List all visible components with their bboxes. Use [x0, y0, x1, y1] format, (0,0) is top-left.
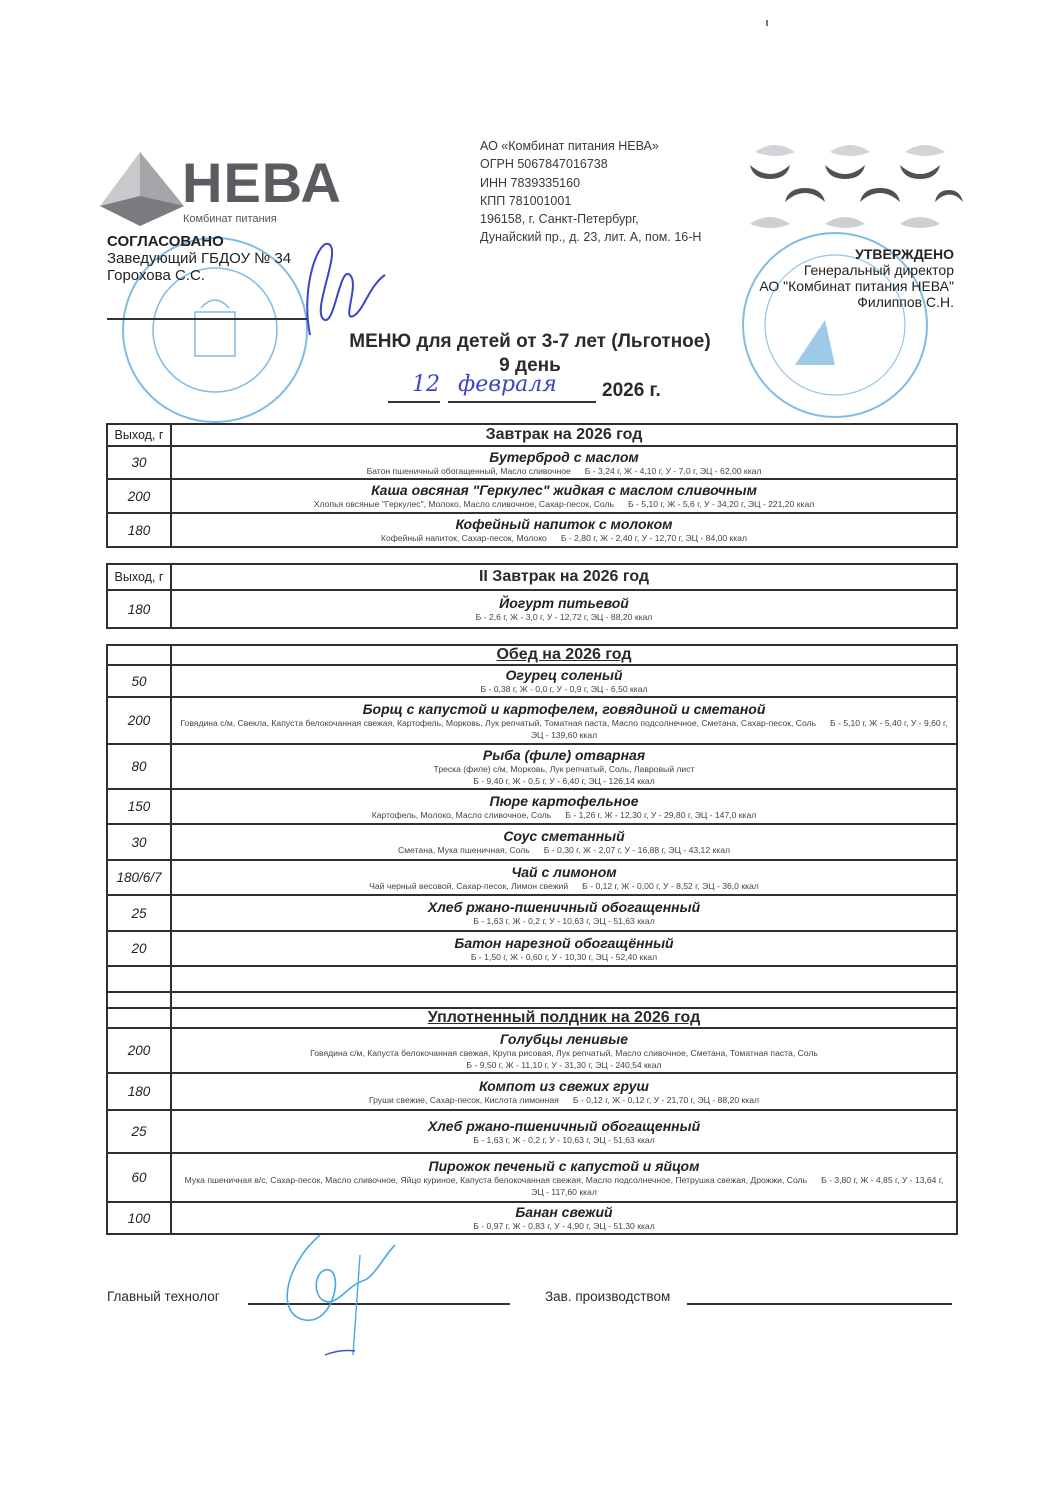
dish-nutrition: Б - 2,6 г, Ж - 3,0 г, У - 12,72 г, ЭЦ - … [476, 612, 653, 622]
document-title: МЕНЮ для детей от 3-7 лет (Льготное) 9 д… [300, 330, 760, 378]
dish-ingredients: Сметана, Мука пшеничная, Соль [398, 845, 530, 855]
table-row: 60 Пирожок печеный с капустой и яйцом Му… [107, 1153, 957, 1202]
dish-name: Кофейный напиток с молоком [172, 516, 956, 532]
dish-ingredients: Говядина с/м, Капуста белокочанная свежа… [178, 1047, 950, 1059]
dish-ingredients: Груши свежие, Сахар-песок, Кислота лимон… [369, 1095, 559, 1105]
dish-nutrition: Б - 9,50 г, Ж - 11,10 г, У - 31,30 г, ЭЦ… [178, 1059, 950, 1071]
yield-value: 20 [107, 931, 171, 966]
table-row: 180 Йогурт питьевой Б - 2,6 г, Ж - 3,0 г… [107, 590, 957, 628]
dish-nutrition: Б - 1,26 г, Ж - 12,30 г, У - 29,80 г, ЭЦ… [565, 810, 756, 820]
table-row: 180 Компот из свежих груш Груши свежие, … [107, 1073, 957, 1110]
production-manager-signature-line [687, 1303, 952, 1305]
dish-name: Чай с лимоном [172, 864, 956, 880]
dish-name: Соус сметанный [172, 828, 956, 844]
yield-value: 60 [107, 1153, 171, 1202]
yield-value: 180 [107, 1073, 171, 1110]
lunch-table: Обед на 2026 год 50 Огурец соленый Б - 0… [106, 644, 958, 1235]
dish-nutrition: Б - 0,97 г, Ж - 0,83 г, У - 4,90 г, ЭЦ -… [473, 1221, 654, 1231]
approved-org: АО "Комбинат питания НЕВА" [759, 278, 954, 294]
dish-name: Борщ с капустой и картофелем, говядиной … [172, 701, 956, 717]
yield-value: 25 [107, 895, 171, 931]
dish-nutrition: Б - 5,10 г, Ж - 5,6 г, У - 34,20 г, ЭЦ -… [628, 499, 814, 509]
empty-row [107, 966, 957, 992]
agreed-block: СОГЛАСОВАНО Заведующий ГБДОУ № 34 Горохо… [107, 233, 291, 284]
agreed-name: Горохова С.С. [107, 267, 291, 284]
dish-nutrition: Б - 9,40 г, Ж - 0,5 г, У - 6,40 г, ЭЦ - … [178, 775, 950, 787]
agreed-position: Заведующий ГБДОУ № 34 [107, 250, 291, 267]
dish-name: Рыба (филе) отварная [172, 747, 956, 763]
table-row: 100 Банан свежий Б - 0,97 г, Ж - 0,83 г,… [107, 1202, 957, 1234]
dish-name: Банан свежий [172, 1204, 956, 1220]
section-title-text: Обед на 2026 год [496, 646, 631, 663]
dish-ingredients: Хлопья овсяные "Геркулес", Молоко, Масло… [314, 499, 614, 509]
dish-nutrition: Б - 1,50 г, Ж - 0,60 г, У - 10,30 г, ЭЦ … [471, 952, 657, 962]
yield-value: 150 [107, 789, 171, 824]
yield-header: Выход, г [107, 564, 171, 590]
dish-nutrition: Б - 1,63 г, Ж - 0,2 г, У - 10,63 г, ЭЦ -… [473, 916, 654, 926]
yield-value: 100 [107, 1202, 171, 1234]
logo-subtitle: Комбинат питания [183, 213, 277, 225]
date-month-underline [448, 401, 596, 403]
table-row: 50 Огурец соленый Б - 0,38 г, Ж - 0,0 г,… [107, 665, 957, 697]
dish-name: Каша овсяная "Геркулес" жидкая с маслом … [172, 482, 956, 498]
table-row: 80 Рыба (филе) отварная Треска (филе) с/… [107, 744, 957, 789]
dish-name: Йогурт питьевой [172, 595, 956, 611]
yield-value: 180 [107, 590, 171, 628]
second-breakfast-table: Выход, г II Завтрак на 2026 год 180 Йогу… [106, 563, 958, 629]
approved-title: УТВЕРЖДЕНО [759, 246, 954, 262]
section-title: II Завтрак на 2026 год [171, 564, 957, 590]
yield-value: 50 [107, 665, 171, 697]
dish-nutrition: Б - 2,80 г, Ж - 2,40 г, У - 12,70 г, ЭЦ … [561, 533, 747, 543]
table-row: 25 Хлеб ржано-пшеничный обогащенный Б - … [107, 1110, 957, 1153]
section-title-text: Уплотненный полдник на 2026 год [428, 1009, 701, 1026]
yield-header [107, 1008, 171, 1028]
yield-value: 180 [107, 513, 171, 547]
date-year: 2026 г. [602, 380, 661, 402]
company-inn: ИНН 7839335160 [480, 174, 701, 192]
section-title: Завтрак на 2026 год [171, 424, 957, 446]
table-row: 180 Кофейный напиток с молоком Кофейный … [107, 513, 957, 547]
dish-nutrition: Б - 0,12 г, Ж - 0,00 г, У - 8,52 г, ЭЦ -… [582, 881, 759, 891]
table-row: 200 Голубцы ленивые Говядина с/м, Капуст… [107, 1028, 957, 1073]
breakfast-table: Выход, г Завтрак на 2026 год 30 Бутербро… [106, 423, 958, 548]
technologist-signature-icon [265, 1225, 405, 1365]
neva-logo-pyramid-icon [100, 150, 184, 228]
date-day-underline [388, 401, 440, 403]
table-row: 200 Борщ с капустой и картофелем, говяди… [107, 697, 957, 744]
yield-value: 30 [107, 824, 171, 860]
section-title: Обед на 2026 год [171, 645, 957, 665]
dish-nutrition: Б - 1,63 г, Ж - 0,2 г, У - 10,63 г, ЭЦ -… [473, 1135, 654, 1145]
dish-name: Компот из свежих груш [172, 1078, 956, 1094]
logo-wordmark: НЕВА [182, 153, 342, 213]
agreed-title: СОГЛАСОВАНО [107, 233, 291, 250]
dish-nutrition: Б - 3,24 г, Ж - 4,10 г, У - 7,0 г, ЭЦ - … [585, 466, 762, 476]
dish-name: Бутерброд с маслом [172, 449, 956, 465]
company-address-1: 196158, г. Санкт-Петербург, [480, 210, 701, 228]
table-row: 25 Хлеб ржано-пшеничный обогащенный Б - … [107, 895, 957, 931]
chief-technologist-signature-line [248, 1303, 510, 1305]
yield-value: 200 [107, 479, 171, 513]
chief-technologist-label: Главный технолог [107, 1289, 220, 1304]
dish-ingredients: Треска (филе) с/м, Морковь, Лук репчатый… [178, 763, 950, 775]
company-name: АО «Комбинат питания НЕВА» [480, 137, 701, 155]
yield-header [107, 645, 171, 665]
dish-name: Хлеб ржано-пшеничный обогащенный [172, 1118, 956, 1134]
yield-header: Выход, г [107, 424, 171, 446]
date-month: февраля [458, 372, 557, 397]
dish-nutrition: Б - 0,38 г, Ж - 0,0 г, У - 0,9 г, ЭЦ - 6… [480, 684, 647, 694]
scan-speck [766, 20, 768, 26]
table-row: 20 Батон нарезной обогащённый Б - 1,50 г… [107, 931, 957, 966]
dish-nutrition: Б - 0,12 г, Ж - 0,12 г, У - 21,70 г, ЭЦ … [573, 1095, 759, 1105]
approved-block: УТВЕРЖДЕНО Генеральный директор АО "Комб… [759, 246, 954, 310]
dish-ingredients: Говядина с/м, Свекла, Капуста белокочанн… [180, 718, 816, 728]
company-ogrn: ОГРН 5067847016738 [480, 155, 701, 173]
waves-decoration-icon [745, 140, 965, 240]
dish-name: Голубцы ленивые [172, 1031, 956, 1047]
dish-name: Хлеб ржано-пшеничный обогащенный [172, 899, 956, 915]
table-row: 150 Пюре картофельное Картофель, Молоко,… [107, 789, 957, 824]
table-row: 30 Соус сметанный Сметана, Мука пшенична… [107, 824, 957, 860]
dish-name: Пирожок печеный с капустой и яйцом [172, 1158, 956, 1174]
yield-value: 200 [107, 1028, 171, 1073]
dish-name: Пюре картофельное [172, 793, 956, 809]
dish-name: Батон нарезной обогащённый [172, 935, 956, 951]
date-day: 12 [412, 372, 440, 397]
table-row: 180/6/7 Чай с лимоном Чай черный весовой… [107, 860, 957, 895]
table-row: 200 Каша овсяная "Геркулес" жидкая с мас… [107, 479, 957, 513]
yield-value: 80 [107, 744, 171, 789]
production-manager-label: Зав. производством [545, 1289, 670, 1304]
company-details: АО «Комбинат питания НЕВА» ОГРН 50678470… [480, 137, 701, 247]
dish-ingredients: Чай черный весовой, Сахар-песок, Лимон с… [369, 881, 568, 891]
agreed-signature-line [107, 318, 307, 320]
dish-ingredients: Мука пшеничная в/с, Сахар-песок, Масло с… [185, 1175, 807, 1185]
section-title: Уплотненный полдник на 2026 год [171, 1008, 957, 1028]
menu-title: МЕНЮ для детей от 3-7 лет (Льготное) [300, 330, 760, 354]
approved-position: Генеральный директор [759, 262, 954, 278]
approved-name: Филиппов С.Н. [759, 294, 954, 310]
dish-ingredients: Картофель, Молоко, Масло сливочное, Соль [372, 810, 552, 820]
yield-value: 180/6/7 [107, 860, 171, 895]
yield-value: 30 [107, 446, 171, 479]
dish-ingredients: Кофейный напиток, Сахар-песок, Молоко [381, 533, 547, 543]
yield-value: 25 [107, 1110, 171, 1153]
company-kpp: КПП 781001001 [480, 192, 701, 210]
company-address-2: Дунайский пр., д. 23, лит. А, пом. 16-Н [480, 228, 701, 246]
dish-name: Огурец соленый [172, 667, 956, 683]
dish-ingredients: Батон пшеничный обогащенный, Масло сливо… [367, 466, 571, 476]
table-row: 30 Бутерброд с маслом Батон пшеничный об… [107, 446, 957, 479]
director-signature-icon [280, 225, 390, 345]
yield-value: 200 [107, 697, 171, 744]
empty-row [107, 992, 957, 1008]
dish-nutrition: Б - 0,30 г, Ж - 2,07 г, У - 16,88 г, ЭЦ … [544, 845, 730, 855]
